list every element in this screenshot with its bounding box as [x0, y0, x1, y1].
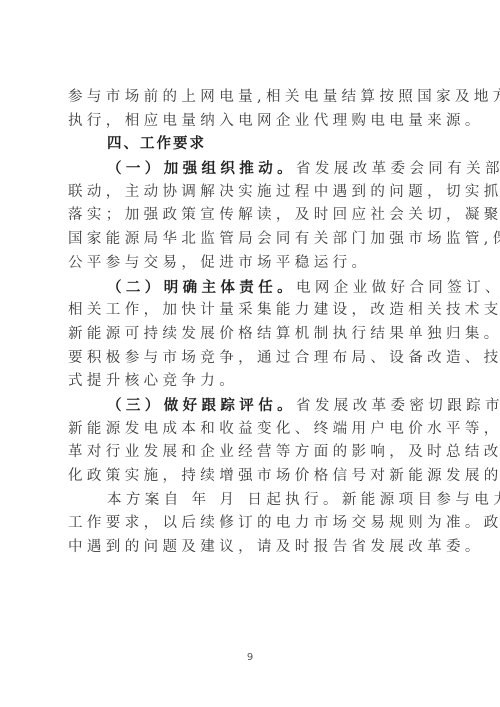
document-body: 参与市场前的上网电量,相关电量结算按照国家及地方相关规则 执行，相应电量纳入电网… [68, 86, 440, 560]
text-line: 要积极参与市场竞争，通过合理布局、设备改造、技术升级等方 [68, 347, 440, 371]
text-line: 革对行业发展和企业经营等方面的影响，及时总结改革成效，优 [68, 441, 440, 465]
text-line: 工作要求，以后续修订的电力市场交易规则为准。政策执行过程 [68, 512, 440, 536]
subsection-line: （三）做好跟踪评估。省发展改革委密切跟踪市场价格波动、 [68, 394, 440, 418]
line-text: 新能源发电成本和收益变化、终端用户电价水平等，认真评估改 [68, 421, 500, 437]
text-line: 执行，相应电量纳入电网企业代理购电电量来源。 [68, 110, 440, 134]
text-line: 相关工作，加快计量采集能力建设，改造相关技术支持系统，对 [68, 299, 440, 323]
line-text: 参与市场前的上网电量,相关电量结算按照国家及地方相关规则 [68, 89, 500, 105]
text-line: 新能源可持续发展价格结算机制执行结果单独归集。新能源企业 [68, 323, 440, 347]
text-line: 新能源发电成本和收益变化、终端用户电价水平等，认真评估改 [68, 418, 440, 442]
subsection-line: （二）明确主体责任。电网企业做好合同签订、电费结算等 [68, 276, 440, 300]
section-heading: 四、工作要求 [68, 133, 440, 157]
line-text: 电网企业做好合同签订、电费结算等 [296, 280, 500, 296]
line-text: 国家能源局华北监管局会同有关部门加强市场监管,保障新能源 [68, 231, 500, 247]
text-line: 公平参与交易，促进市场平稳运行。 [68, 252, 440, 276]
section-heading-text: 四、工作要求 [107, 136, 206, 152]
text-line: 式提升核心竞争力。 [68, 370, 440, 394]
line-text: 联动，主动协调解决实施过程中遇到的问题，切实抓好实施方案 [68, 184, 500, 200]
text-line: 参与市场前的上网电量,相关电量结算按照国家及地方相关规则 [68, 86, 440, 110]
line-text: 公平参与交易，促进市场平稳运行。 [68, 255, 370, 271]
subsection-title: （二）明确主体责任。 [107, 279, 296, 296]
line-text: 相关工作，加快计量采集能力建设，改造相关技术支持系统，对 [68, 302, 500, 318]
subsection-title: （一）加强组织推动。 [107, 160, 296, 177]
line-text: 式提升核心竞争力。 [68, 373, 238, 389]
line-text: 本方案自 年 月 日起执行。新能源项目参与电力交易具体 [107, 492, 500, 508]
subsection-line: （一）加强组织推动。省发展改革委会同有关部门做好协同 [68, 157, 440, 181]
text-line: 中遇到的问题及建议，请及时报告省发展改革委。 [68, 536, 440, 560]
text-line: 落实；加强政策宣传解读，及时回应社会关切，凝聚改革共识。 [68, 204, 440, 228]
text-line: 联动，主动协调解决实施过程中遇到的问题，切实抓好实施方案 [68, 181, 440, 205]
line-text: 要积极参与市场竞争，通过合理布局、设备改造、技术升级等方 [68, 350, 500, 366]
text-line: 化政策实施，持续增强市场价格信号对新能源发展的引导作用。 [68, 465, 440, 489]
line-text: 化政策实施，持续增强市场价格信号对新能源发展的引导作用。 [68, 468, 500, 484]
line-text: 中遇到的问题及建议，请及时报告省发展改革委。 [68, 539, 484, 555]
line-text: 省发展改革委密切跟踪市场价格波动、 [296, 398, 500, 414]
text-line: 国家能源局华北监管局会同有关部门加强市场监管,保障新能源 [68, 228, 440, 252]
line-text: 工作要求，以后续修订的电力市场交易规则为准。政策执行过程 [68, 515, 500, 531]
line-text: 新能源可持续发展价格结算机制执行结果单独归集。新能源企业 [68, 326, 500, 342]
text-line: 本方案自 年 月 日起执行。新能源项目参与电力交易具体 [68, 489, 440, 513]
subsection-title: （三）做好跟踪评估。 [107, 397, 296, 414]
line-text: 执行，相应电量纳入电网企业代理购电电量来源。 [68, 113, 484, 129]
page-number: 9 [0, 652, 500, 663]
line-text: 省发展改革委会同有关部门做好协同 [296, 161, 500, 177]
line-text: 落实；加强政策宣传解读，及时回应社会关切，凝聚改革共识。 [68, 207, 500, 223]
line-text: 革对行业发展和企业经营等方面的影响，及时总结改革成效，优 [68, 444, 500, 460]
